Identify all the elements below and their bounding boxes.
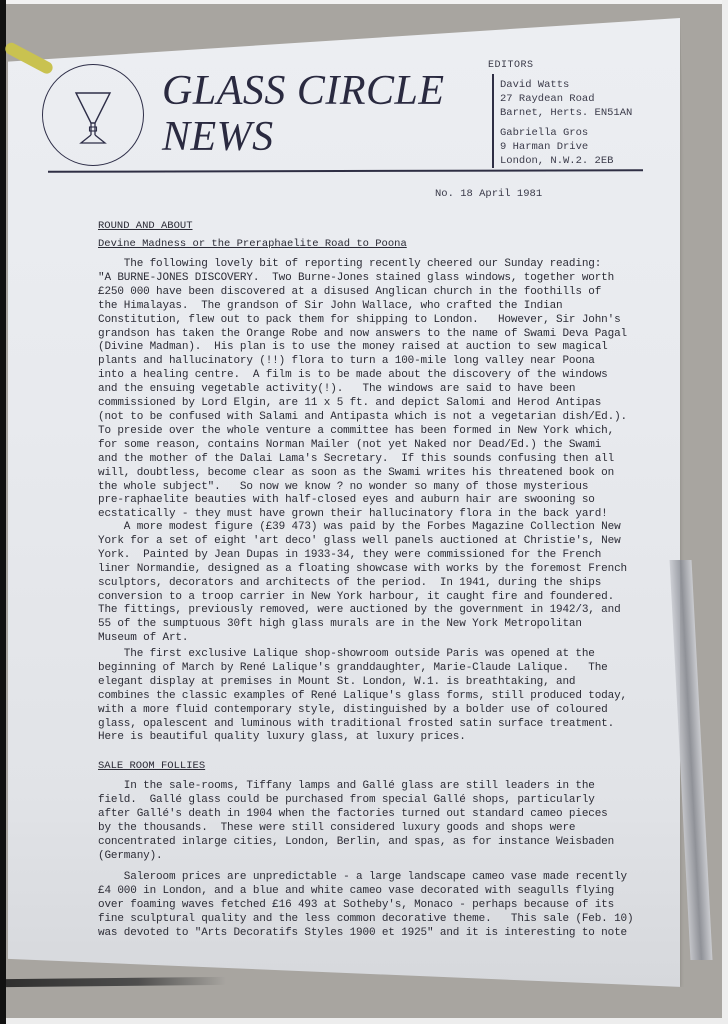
article-paragraph: A more modest figure (£39 473) was paid … xyxy=(98,521,627,646)
text-line: Museum of Art. xyxy=(98,632,627,646)
editors-divider xyxy=(492,74,494,168)
article-paragraph: In the sale-rooms, Tiffany lamps and Gal… xyxy=(98,780,614,863)
text-line: into a healing centre. A film is to be m… xyxy=(98,369,627,383)
text-line: combines the classic examples of René La… xyxy=(98,690,627,704)
text-line: elegant display at premises in Mount St.… xyxy=(98,676,627,690)
editor-address-line: Barnet, Herts. EN51AN xyxy=(500,106,632,120)
text-line: fine sculptural quality and the less com… xyxy=(98,913,633,927)
article-paragraph: The first exclusive Lalique shop-showroo… xyxy=(98,648,627,745)
text-line: The first exclusive Lalique shop-showroo… xyxy=(98,648,627,662)
editor-contact: Gabriella Gros 9 Harman Drive London, N.… xyxy=(500,126,613,168)
text-line: commissioned by Lord Elgin, are 11 x 5 f… xyxy=(98,397,627,411)
text-line: was devoted to "Arts Decoratifs Styles 1… xyxy=(98,927,633,941)
text-line: York. Painted by Jean Dupas in 1933-34, … xyxy=(98,549,627,563)
text-line: the whole subject". So now we know ? no … xyxy=(98,481,627,495)
text-line: field. Gallé glass could be purchased fr… xyxy=(98,794,614,808)
text-line: for some reason, contains Norman Mailer … xyxy=(98,439,627,453)
text-line: over foaming waves fetched £16 493 at So… xyxy=(98,899,633,913)
text-line: The fittings, previously removed, were a… xyxy=(98,604,627,618)
text-line: and the mother of the Dalai Lama's Secre… xyxy=(98,453,627,467)
text-line: (Germany). xyxy=(98,850,614,864)
editor-address-line: London, N.W.2. 2EB xyxy=(500,154,613,168)
text-line: (Divine Madman). His plan is to use the … xyxy=(98,341,627,355)
text-line: sculptors, decorators and architects of … xyxy=(98,577,627,591)
text-line: after Gallé's death in 1904 when the fac… xyxy=(98,808,614,822)
wine-glass-icon xyxy=(43,65,143,165)
text-line: £4 000 in London, and a blue and white c… xyxy=(98,885,633,899)
text-line: Saleroom prices are unpredictable - a la… xyxy=(98,871,633,885)
wine-glass-in-circle-icon xyxy=(42,64,144,166)
text-line: grandson has taken the Orange Robe and n… xyxy=(98,328,627,342)
masthead-line-2: NEWS xyxy=(162,114,445,160)
newsletter-content: GLASS CIRCLE NEWS EDITORS David Watts 27… xyxy=(0,0,728,1024)
masthead-title: GLASS CIRCLE NEWS xyxy=(162,68,445,160)
issue-number-date: No. 18 April 1981 xyxy=(435,188,542,200)
text-line: A more modest figure (£39 473) was paid … xyxy=(98,521,627,535)
text-line: will, doubtless, become clear as soon as… xyxy=(98,467,627,481)
text-line: "A BURNE-JONES DISCOVERY. Two Burne-Jone… xyxy=(98,272,627,286)
editor-address-line: 27 Raydean Road xyxy=(500,92,632,106)
text-line: beginning of March by René Lalique's gra… xyxy=(98,662,627,676)
section-heading-sale-room-follies: SALE ROOM FOLLIES xyxy=(98,760,205,772)
masthead-rule xyxy=(48,169,643,173)
text-line: concentrated inlarge cities, London, Ber… xyxy=(98,836,614,850)
text-line: £250 000 have been discovered at a disus… xyxy=(98,286,627,300)
text-line: by the thousands. These were still consi… xyxy=(98,822,614,836)
editor-name: David Watts xyxy=(500,78,632,92)
section-heading-round-and-about: ROUND AND ABOUT xyxy=(98,220,193,232)
text-line: with a more fluid contemporary style, di… xyxy=(98,704,627,718)
text-line: In the sale-rooms, Tiffany lamps and Gal… xyxy=(98,780,614,794)
editor-name: Gabriella Gros xyxy=(500,126,613,140)
text-line: 55 of the sumptuous 30ft high glass mura… xyxy=(98,618,627,632)
text-line: Here is beautiful quality luxury glass, … xyxy=(98,731,627,745)
editors-label: EDITORS xyxy=(488,60,534,71)
text-line: the Himalayas. The grandson of Sir John … xyxy=(98,300,627,314)
text-line: liner Normandie, designed as a floating … xyxy=(98,563,627,577)
text-line: Constitution, flew out to pack them for … xyxy=(98,314,627,328)
text-line: and the ensuing vegetable activity(!). T… xyxy=(98,383,627,397)
article-subheading: Devine Madness or the Preraphaelite Road… xyxy=(98,238,407,250)
text-line: York for a set of eight 'art deco' glass… xyxy=(98,535,627,549)
text-line: To preside over the whole venture a comm… xyxy=(98,425,627,439)
masthead-line-1: GLASS CIRCLE xyxy=(162,68,445,114)
article-paragraph: Saleroom prices are unpredictable - a la… xyxy=(98,871,633,941)
editor-contact: David Watts 27 Raydean Road Barnet, Hert… xyxy=(500,78,632,120)
article-paragraph: The following lovely bit of reporting re… xyxy=(98,258,627,522)
text-line: conversion to a troop carrier in New Yor… xyxy=(98,591,627,605)
editor-address-line: 9 Harman Drive xyxy=(500,140,613,154)
text-line: pre-raphaelite beauties with half-closed… xyxy=(98,494,627,508)
text-line: The following lovely bit of reporting re… xyxy=(98,258,627,272)
text-line: plants and hallucinatory (!!) flora to t… xyxy=(98,355,627,369)
text-line: glass, opalescent and luminous with trad… xyxy=(98,718,627,732)
text-line: (not to be confused with Salami and Anti… xyxy=(98,411,627,425)
